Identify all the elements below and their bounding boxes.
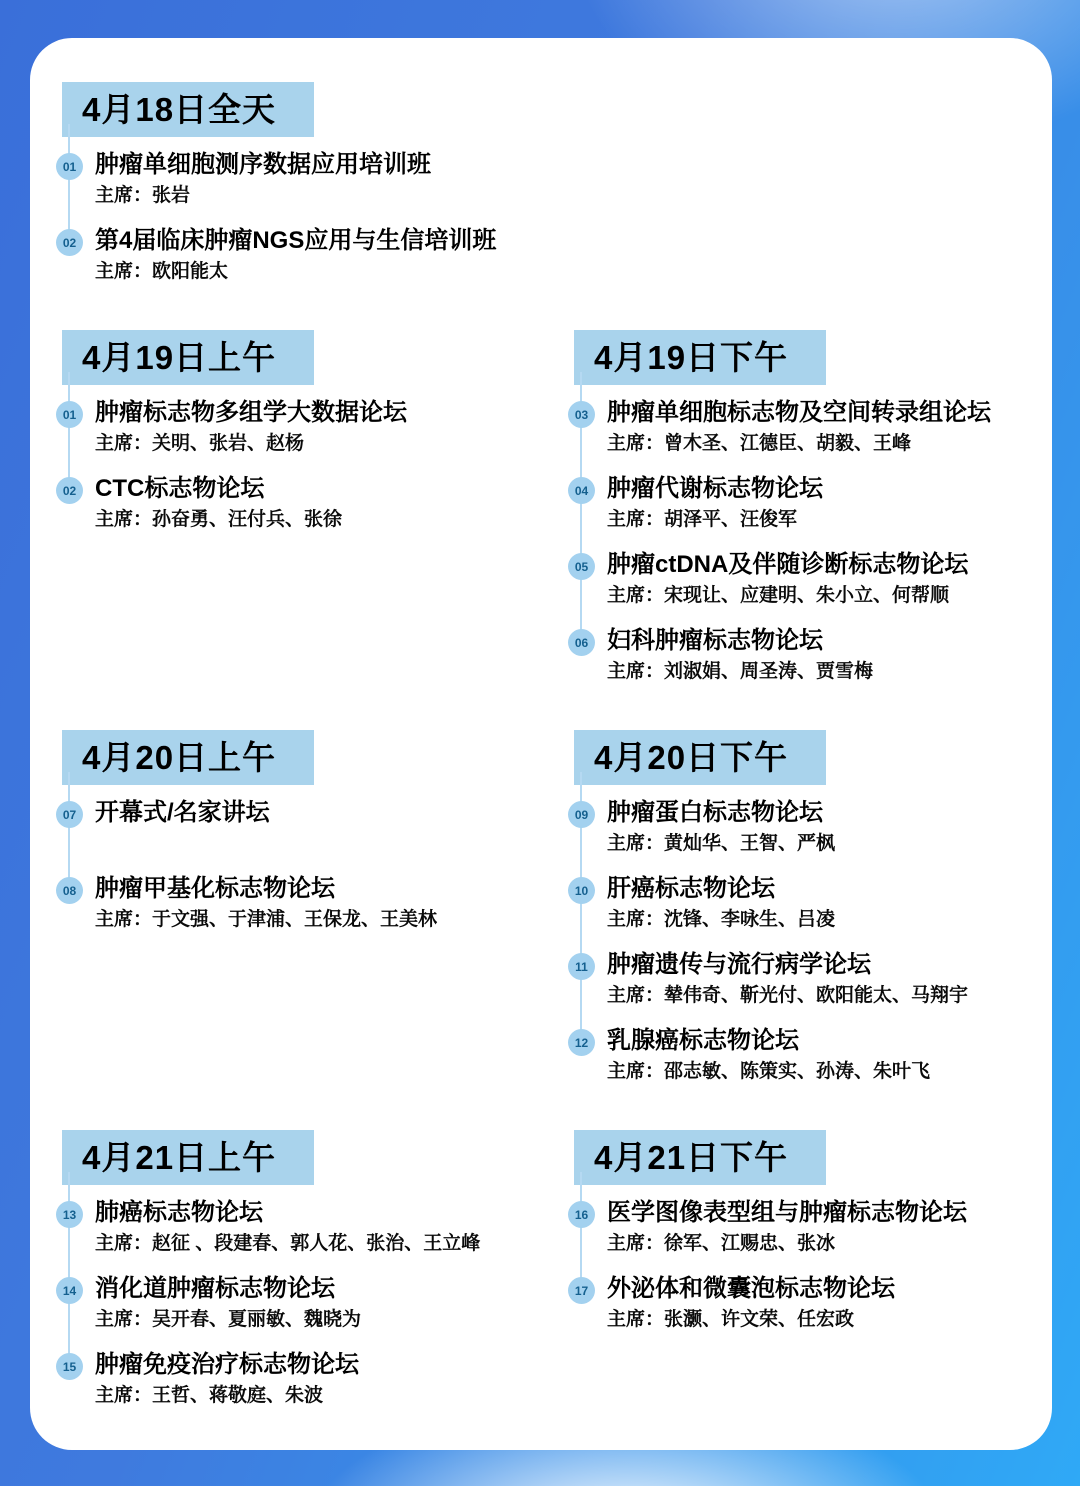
session-chairs: 主席：赵征 、段建春、郭人花、张治、王立峰: [95, 1231, 522, 1256]
session-title: 肝癌标志物论坛: [607, 874, 1034, 904]
day-section-0420-am: 4月20日上午 07 开幕式/名家讲坛 08 肿瘤甲基化标志物论坛 主席：于文强…: [56, 730, 522, 1084]
session-item: 09 肿瘤蛋白标志物论坛 主席：黄灿华、王智、严枫: [568, 798, 1034, 856]
day-section-0420-pm: 4月20日下午 09 肿瘤蛋白标志物论坛 主席：黄灿华、王智、严枫 10 肝癌标…: [568, 730, 1034, 1084]
session-number-badge: 04: [568, 477, 595, 504]
session-list: 09 肿瘤蛋白标志物论坛 主席：黄灿华、王智、严枫 10 肝癌标志物论坛 主席：…: [568, 785, 1034, 1084]
session-chairs: 主席：沈锋、李咏生、吕凌: [607, 907, 1034, 932]
session-title: 开幕式/名家讲坛: [95, 798, 522, 828]
session-chairs: 主席：宋现让、应建明、朱小立、何帮顺: [607, 583, 1034, 608]
session-number-badge: 17: [568, 1277, 595, 1304]
session-number-badge: 09: [568, 801, 595, 828]
session-item: 17 外泌体和微囊泡标志物论坛 主席：张灏、许文荣、任宏政: [568, 1274, 1034, 1332]
session-chairs: 主席：黄灿华、王智、严枫: [607, 831, 1034, 856]
session-title: 肺癌标志物论坛: [95, 1198, 522, 1228]
session-chairs: 主席：辇伟奇、靳光付、欧阳能太、马翔宇: [607, 983, 1034, 1008]
agenda-card: 4月18日全天 01 肿瘤单细胞测序数据应用培训班 主席：张岩 02 第4届临床…: [30, 38, 1052, 1450]
session-number-badge: 15: [56, 1353, 83, 1380]
session-number-badge: 12: [568, 1029, 595, 1056]
session-item: 14 消化道肿瘤标志物论坛 主席：吴开春、夏丽敏、魏晓为: [56, 1274, 522, 1332]
day-header-0421-pm: 4月21日下午: [574, 1130, 826, 1185]
session-number-badge: 03: [568, 401, 595, 428]
session-title: 第4届临床肿瘤NGS应用与生信培训班: [95, 226, 522, 256]
session-title: 肿瘤遗传与流行病学论坛: [607, 950, 1034, 980]
session-item: 04 肿瘤代谢标志物论坛 主席：胡泽平、汪俊军: [568, 474, 1034, 532]
day-header-0419-am: 4月19日上午: [62, 330, 314, 385]
session-chairs: 主席：胡泽平、汪俊军: [607, 507, 1034, 532]
session-list: 16 医学图像表型组与肿瘤标志物论坛 主席：徐军、江赐忠、张冰 17 外泌体和微…: [568, 1185, 1034, 1332]
session-chairs: 主席：关明、张岩、赵杨: [95, 431, 522, 456]
session-chairs: 主席：王哲、蒋敬庭、朱波: [95, 1383, 522, 1408]
session-number-badge: 16: [568, 1201, 595, 1228]
session-chairs: 主席：徐军、江赐忠、张冰: [607, 1231, 1034, 1256]
session-item: 10 肝癌标志物论坛 主席：沈锋、李咏生、吕凌: [568, 874, 1034, 932]
session-title: 肿瘤单细胞标志物及空间转录组论坛: [607, 398, 1034, 428]
session-list: 01 肿瘤标志物多组学大数据论坛 主席：关明、张岩、赵杨 02 CTC标志物论坛…: [56, 385, 522, 532]
session-number-badge: 02: [56, 229, 83, 256]
session-number-badge: 01: [56, 401, 83, 428]
session-item: 05 肿瘤ctDNA及伴随诊断标志物论坛 主席：宋现让、应建明、朱小立、何帮顺: [568, 550, 1034, 608]
session-title: 妇科肿瘤标志物论坛: [607, 626, 1034, 656]
session-title: 肿瘤单细胞测序数据应用培训班: [95, 150, 522, 180]
agenda-grid: 4月18日全天 01 肿瘤单细胞测序数据应用培训班 主席：张岩 02 第4届临床…: [56, 82, 1034, 1408]
session-chairs: 主席：孙奋勇、汪付兵、张徐: [95, 507, 522, 532]
session-number-badge: 06: [568, 629, 595, 656]
session-item: 11 肿瘤遗传与流行病学论坛 主席：辇伟奇、靳光付、欧阳能太、马翔宇: [568, 950, 1034, 1008]
session-chairs: 主席：刘淑娟、周圣涛、贾雪梅: [607, 659, 1034, 684]
session-title: 消化道肿瘤标志物论坛: [95, 1274, 522, 1304]
session-chairs: 主席：邵志敏、陈策实、孙涛、朱叶飞: [607, 1059, 1034, 1084]
session-title: 肿瘤ctDNA及伴随诊断标志物论坛: [607, 550, 1034, 580]
session-title: 乳腺癌标志物论坛: [607, 1026, 1034, 1056]
session-list: 13 肺癌标志物论坛 主席：赵征 、段建春、郭人花、张治、王立峰 14 消化道肿…: [56, 1185, 522, 1408]
session-item: 06 妇科肿瘤标志物论坛 主席：刘淑娟、周圣涛、贾雪梅: [568, 626, 1034, 684]
session-title: 肿瘤标志物多组学大数据论坛: [95, 398, 522, 428]
day-section-0419-pm: 4月19日下午 03 肿瘤单细胞标志物及空间转录组论坛 主席：曾木圣、江德臣、胡…: [568, 330, 1034, 684]
session-number-badge: 05: [568, 553, 595, 580]
session-title: 医学图像表型组与肿瘤标志物论坛: [607, 1198, 1034, 1228]
session-chairs: 主席：张岩: [95, 183, 522, 208]
session-item: 08 肿瘤甲基化标志物论坛 主席：于文强、于津浦、王保龙、王美林: [56, 874, 522, 932]
session-item: 15 肿瘤免疫治疗标志物论坛 主席：王哲、蒋敬庭、朱波: [56, 1350, 522, 1408]
day-section-0418-allday: 4月18日全天 01 肿瘤单细胞测序数据应用培训班 主席：张岩 02 第4届临床…: [56, 82, 522, 284]
session-title: 肿瘤免疫治疗标志物论坛: [95, 1350, 522, 1380]
day-header-0421-am: 4月21日上午: [62, 1130, 314, 1185]
session-number-badge: 08: [56, 877, 83, 904]
day-section-0419-am: 4月19日上午 01 肿瘤标志物多组学大数据论坛 主席：关明、张岩、赵杨 02 …: [56, 330, 522, 684]
session-chairs: 主席：吴开春、夏丽敏、魏晓为: [95, 1307, 522, 1332]
session-number-badge: 10: [568, 877, 595, 904]
session-item: 02 第4届临床肿瘤NGS应用与生信培训班 主席：欧阳能太: [56, 226, 522, 284]
session-item: 01 肿瘤单细胞测序数据应用培训班 主席：张岩: [56, 150, 522, 208]
session-item: 16 医学图像表型组与肿瘤标志物论坛 主席：徐军、江赐忠、张冰: [568, 1198, 1034, 1256]
session-number-badge: 01: [56, 153, 83, 180]
session-item: 02 CTC标志物论坛 主席：孙奋勇、汪付兵、张徐: [56, 474, 522, 532]
day-section-0421-pm: 4月21日下午 16 医学图像表型组与肿瘤标志物论坛 主席：徐军、江赐忠、张冰 …: [568, 1130, 1034, 1408]
session-item: 01 肿瘤标志物多组学大数据论坛 主席：关明、张岩、赵杨: [56, 398, 522, 456]
session-title: CTC标志物论坛: [95, 474, 522, 504]
session-item: 12 乳腺癌标志物论坛 主席：邵志敏、陈策实、孙涛、朱叶飞: [568, 1026, 1034, 1084]
session-number-badge: 14: [56, 1277, 83, 1304]
session-item: 03 肿瘤单细胞标志物及空间转录组论坛 主席：曾木圣、江德臣、胡毅、王峰: [568, 398, 1034, 456]
session-number-badge: 02: [56, 477, 83, 504]
day-header-0420-am: 4月20日上午: [62, 730, 314, 785]
session-list: 07 开幕式/名家讲坛 08 肿瘤甲基化标志物论坛 主席：于文强、于津浦、王保龙…: [56, 785, 522, 932]
session-chairs: 主席：于文强、于津浦、王保龙、王美林: [95, 907, 522, 932]
session-title: 肿瘤蛋白标志物论坛: [607, 798, 1034, 828]
day-header-0419-pm: 4月19日下午: [574, 330, 826, 385]
day-header-0418-allday: 4月18日全天: [62, 82, 314, 137]
session-title: 肿瘤代谢标志物论坛: [607, 474, 1034, 504]
day-section-0421-am: 4月21日上午 13 肺癌标志物论坛 主席：赵征 、段建春、郭人花、张治、王立峰…: [56, 1130, 522, 1408]
session-title: 肿瘤甲基化标志物论坛: [95, 874, 522, 904]
session-chairs: 主席：张灏、许文荣、任宏政: [607, 1307, 1034, 1332]
session-number-badge: 07: [56, 801, 83, 828]
session-chairs: 主席：曾木圣、江德臣、胡毅、王峰: [607, 431, 1034, 456]
session-item: 07 开幕式/名家讲坛: [56, 798, 522, 856]
session-number-badge: 11: [568, 953, 595, 980]
session-list: 01 肿瘤单细胞测序数据应用培训班 主席：张岩 02 第4届临床肿瘤NGS应用与…: [56, 137, 522, 284]
session-item: 13 肺癌标志物论坛 主席：赵征 、段建春、郭人花、张治、王立峰: [56, 1198, 522, 1256]
session-chairs: 主席：欧阳能太: [95, 259, 522, 284]
day-header-0420-pm: 4月20日下午: [574, 730, 826, 785]
session-number-badge: 13: [56, 1201, 83, 1228]
session-list: 03 肿瘤单细胞标志物及空间转录组论坛 主席：曾木圣、江德臣、胡毅、王峰 04 …: [568, 385, 1034, 684]
session-title: 外泌体和微囊泡标志物论坛: [607, 1274, 1034, 1304]
session-chairs: [95, 831, 522, 856]
